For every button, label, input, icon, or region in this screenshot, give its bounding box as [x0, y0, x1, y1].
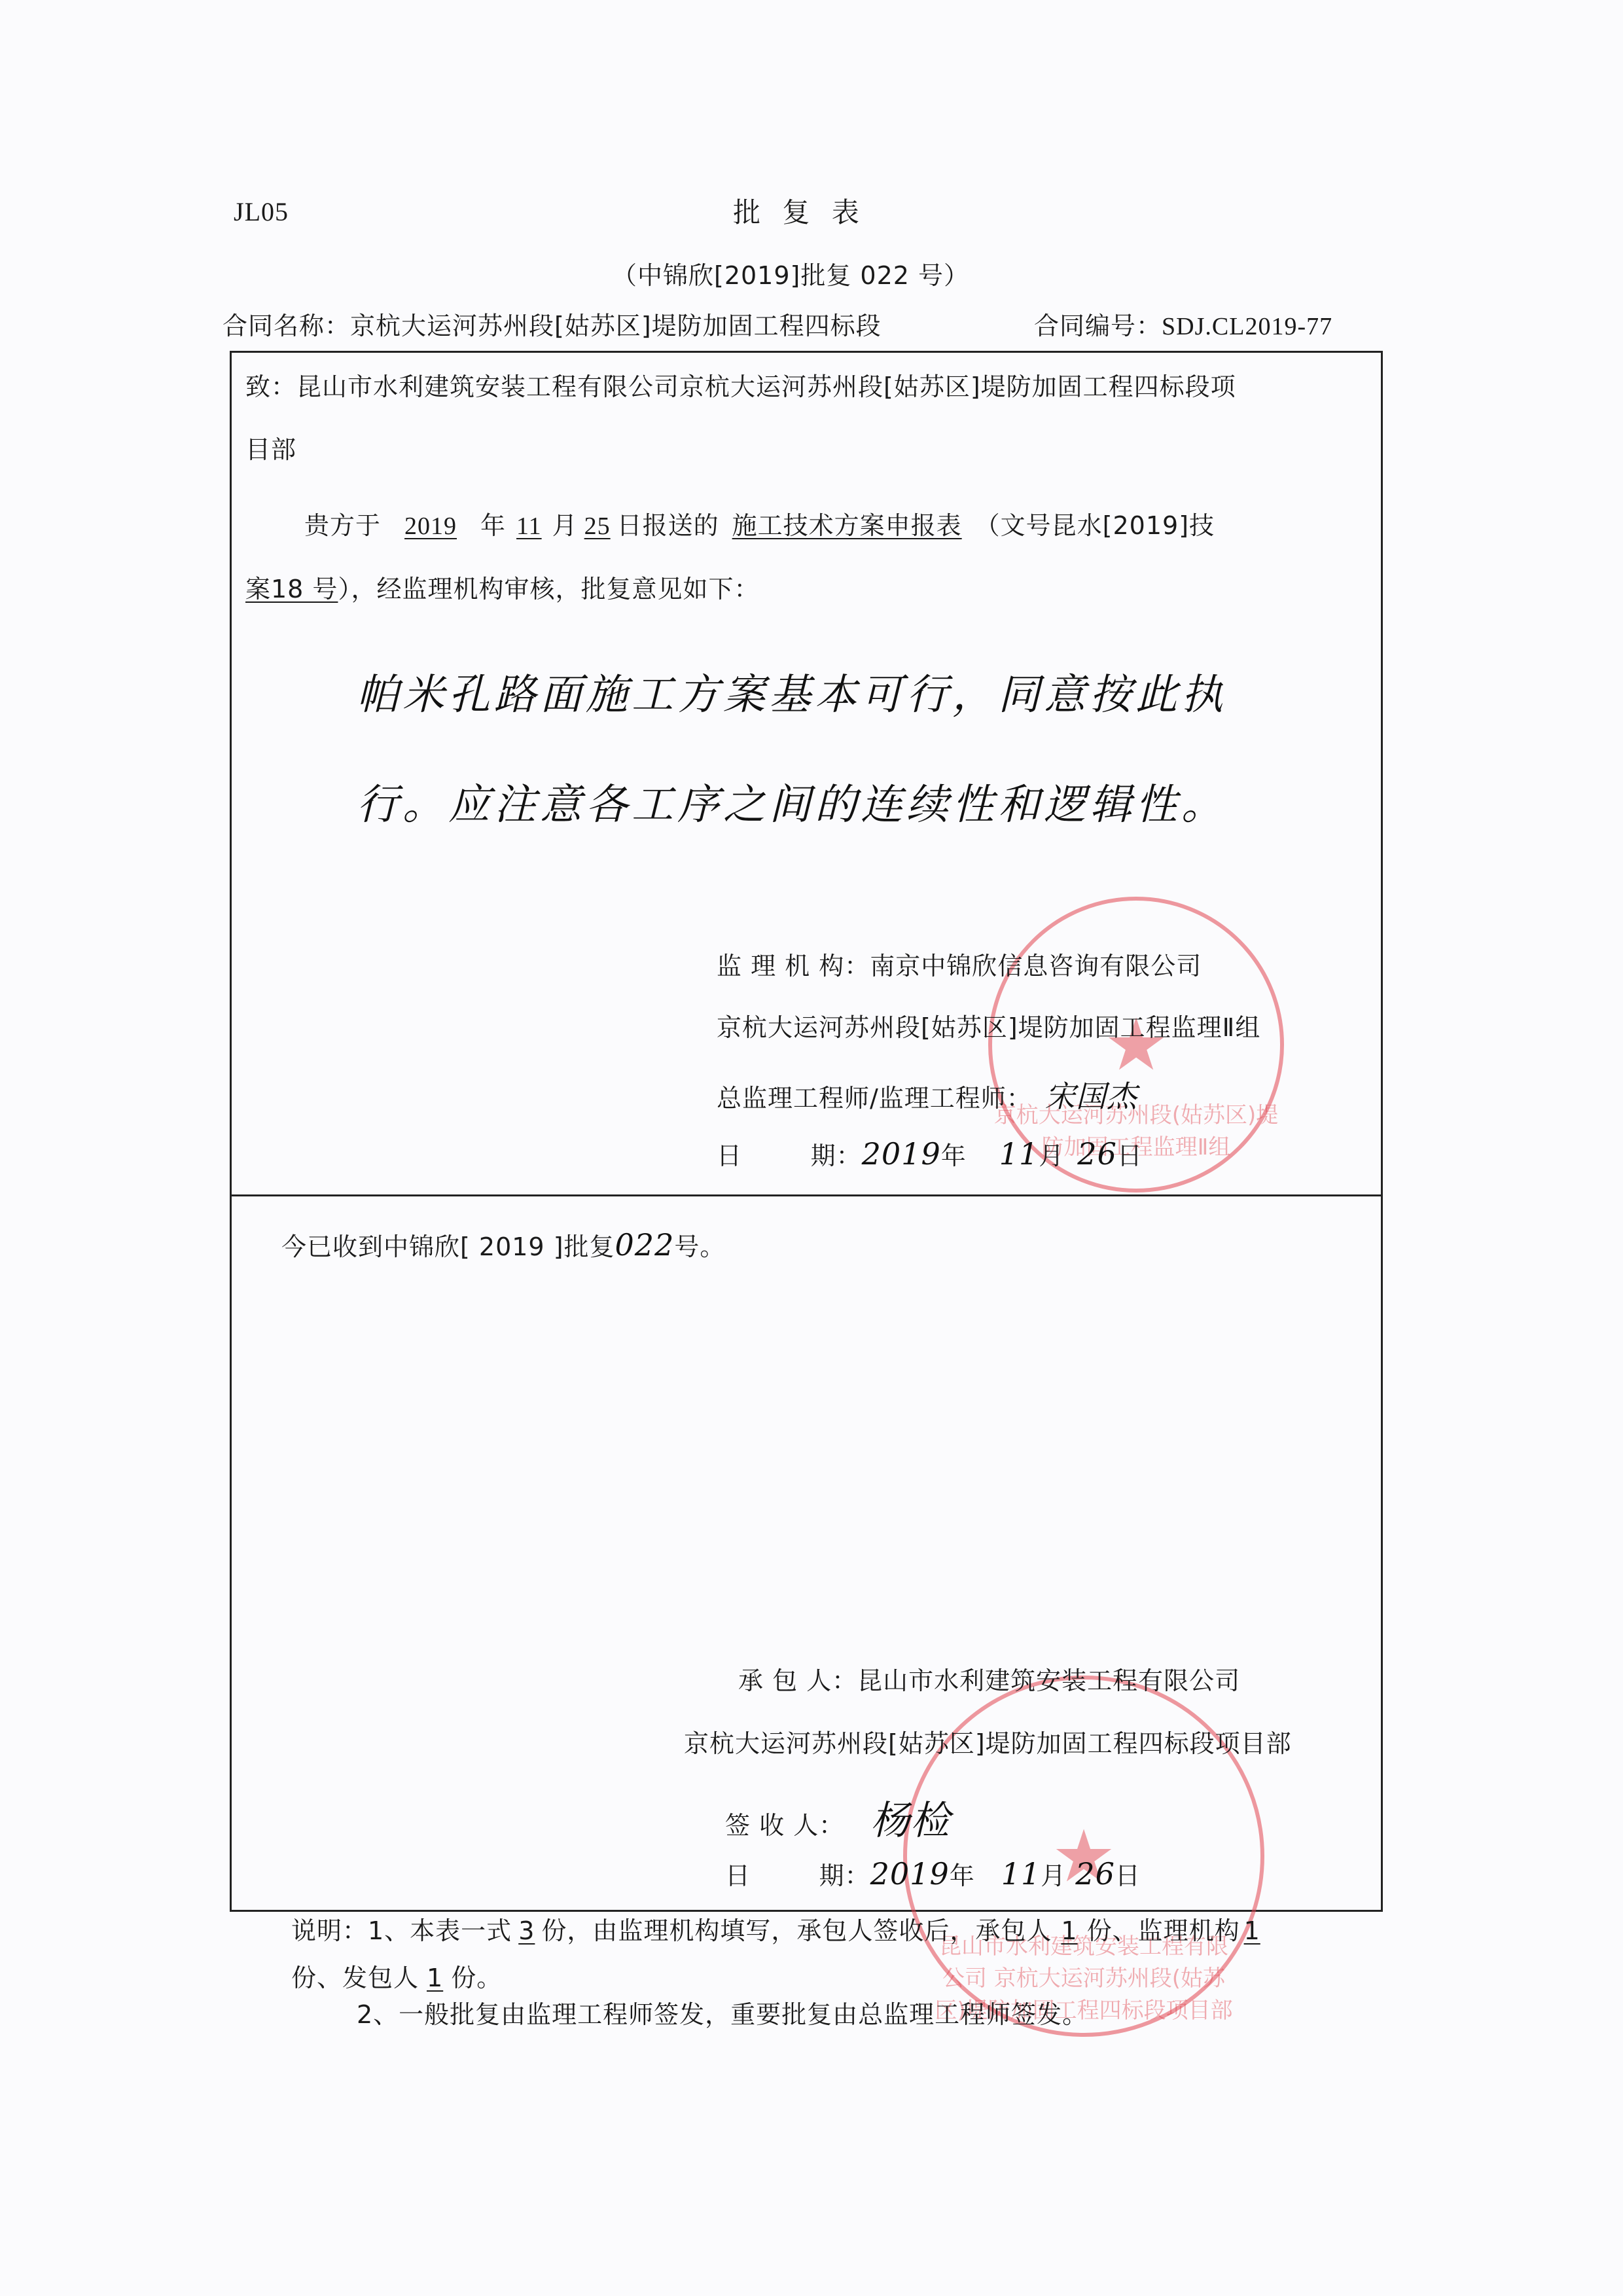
receipt-statement: 今已收到中锦欣[ 2019 ]批复022号。 — [281, 1227, 725, 1263]
submit-month: 11 — [506, 512, 552, 540]
contract-name: 京杭大运河苏州段[姑苏区]堤防加固工程四标段 — [350, 312, 882, 340]
submission-line: 贵方于2019年11月25日报送的施工技术方案申报表（文号昆水[2019]技 — [304, 505, 1215, 541]
approval-month: 11 — [999, 1136, 1039, 1172]
signer-line: 签 收 人：杨检 — [725, 1789, 950, 1846]
document-number: （中锦欣[2019]批复 022 号） — [612, 255, 969, 291]
copies-employer: 1 — [419, 1964, 451, 1992]
supervisor-org-label: 监 理 机 构： — [717, 952, 870, 980]
signer-signature: 杨检 — [870, 1798, 950, 1844]
contractor-line: 承 包 人：昆山市水利建筑安装工程有限公司 — [738, 1660, 1240, 1696]
project-department: 京杭大运河苏州段[姑苏区]堤防加固工程四标段项目部 — [684, 1723, 1292, 1759]
contract-name-row: 合同名称：京杭大运河苏州段[姑苏区]堤防加固工程四标段 — [223, 306, 882, 342]
engineer-line: 总监理工程师/监理工程师：宋国杰 — [717, 1073, 1137, 1116]
signer-label: 签 收 人： — [725, 1811, 844, 1840]
addressee-label: 致： — [245, 372, 296, 401]
date-label: 日 期： — [717, 1141, 862, 1170]
text: ），经监理机构审核，批复意见如下： — [338, 575, 759, 603]
addressee-line: 致：昆山市水利建筑安装工程有限公司京杭大运河苏州段[姑苏区]堤防加固工程四标段项 — [245, 367, 1236, 403]
approval-date-line: 日 期：2019年11月26日 — [717, 1136, 1143, 1172]
receipt-day: 26 — [1075, 1856, 1115, 1892]
text: 贵方于 — [304, 511, 381, 540]
document-title: 批 复 表 — [733, 191, 866, 230]
handwritten-opinion-line1: 帕米孔路面施工方案基本可行，同意按此执 — [357, 661, 1227, 721]
approval-year: 2019 — [862, 1136, 941, 1172]
reference-number: （文号昆水[2019]技 — [975, 511, 1215, 540]
text: 今已收到中锦欣[ 2019 ]批复 — [281, 1232, 615, 1261]
receipt-date-line: 日 期：2019年11月26日 — [725, 1856, 1141, 1892]
contract-no-row: 合同编号：SDJ.CL2019-77 — [1034, 306, 1332, 342]
text: 年 — [941, 1141, 967, 1170]
date-label: 日 期： — [725, 1861, 870, 1890]
note-2: 2、一般批复由监理工程师签发，重要批复由总监理工程师签发。 — [357, 1994, 1088, 2030]
submission-line-2: 案18 号），经监理机构审核，批复意见如下： — [245, 569, 759, 605]
supervisor-org: 南京中锦欣信息咨询有限公司 — [870, 952, 1202, 980]
copies-total: 3 — [512, 1916, 541, 1945]
handwritten-opinion-line2: 行。应注意各工序之间的连续性和逻辑性。 — [357, 771, 1227, 831]
text: 年 — [950, 1861, 975, 1890]
contract-name-label: 合同名称： — [223, 312, 350, 340]
engineer-signature: 宋国杰 — [1045, 1079, 1137, 1114]
receipt-month: 11 — [1001, 1856, 1041, 1892]
text: 月 — [1041, 1861, 1066, 1890]
note-1-cont: 份、发包人1份。 — [291, 1958, 502, 1994]
section-divider — [230, 1194, 1381, 1196]
contractor-label: 承 包 人： — [738, 1666, 857, 1695]
receipt-number: 022 — [615, 1227, 675, 1263]
form-code: JL05 — [234, 196, 289, 227]
text: 日 — [1115, 1861, 1141, 1890]
text: 日 — [1117, 1141, 1143, 1170]
text: 日报送的 — [617, 511, 719, 540]
text: 年 — [480, 511, 506, 540]
supervisor-group: 京杭大运河苏州段[姑苏区]堤防加固工程监理Ⅱ组 — [717, 1007, 1260, 1043]
reference-number-cont: 案18 号 — [245, 575, 338, 603]
text: 月 — [552, 511, 578, 540]
note-1: 说明：1、本表一式3份，由监理机构填写，承包人签收后，承包人1份、监理机构1 — [291, 1910, 1264, 1946]
contractor: 昆山市水利建筑安装工程有限公司 — [857, 1666, 1240, 1695]
text: 月 — [1039, 1141, 1064, 1170]
contract-no-label: 合同编号： — [1034, 312, 1162, 340]
text: 份、监理机构 — [1087, 1916, 1240, 1945]
approval-day: 26 — [1077, 1136, 1117, 1172]
text: 份。 — [451, 1964, 502, 1992]
addressee-cont: 目部 — [245, 429, 296, 465]
text: 号。 — [674, 1232, 725, 1261]
engineer-label: 总监理工程师/监理工程师： — [717, 1084, 1032, 1113]
copies-supervisor: 1 — [1240, 1916, 1264, 1945]
text: 说明：1、本表一式 — [291, 1916, 512, 1945]
copies-contractor: 1 — [1052, 1916, 1086, 1945]
submit-day: 25 — [578, 512, 617, 540]
submit-year: 2019 — [381, 512, 480, 540]
submitted-document: 施工技术方案申报表 — [719, 511, 975, 540]
contract-no: SDJ.CL2019-77 — [1162, 313, 1332, 340]
text: 份，由监理机构填写，承包人签收后，承包人 — [541, 1916, 1052, 1945]
receipt-year: 2019 — [870, 1856, 950, 1892]
supervisor-org-line: 监 理 机 构：南京中锦欣信息咨询有限公司 — [717, 946, 1202, 982]
addressee: 昆山市水利建筑安装工程有限公司京杭大运河苏州段[姑苏区]堤防加固工程四标段项 — [296, 372, 1236, 401]
text: 份、发包人 — [291, 1964, 419, 1992]
